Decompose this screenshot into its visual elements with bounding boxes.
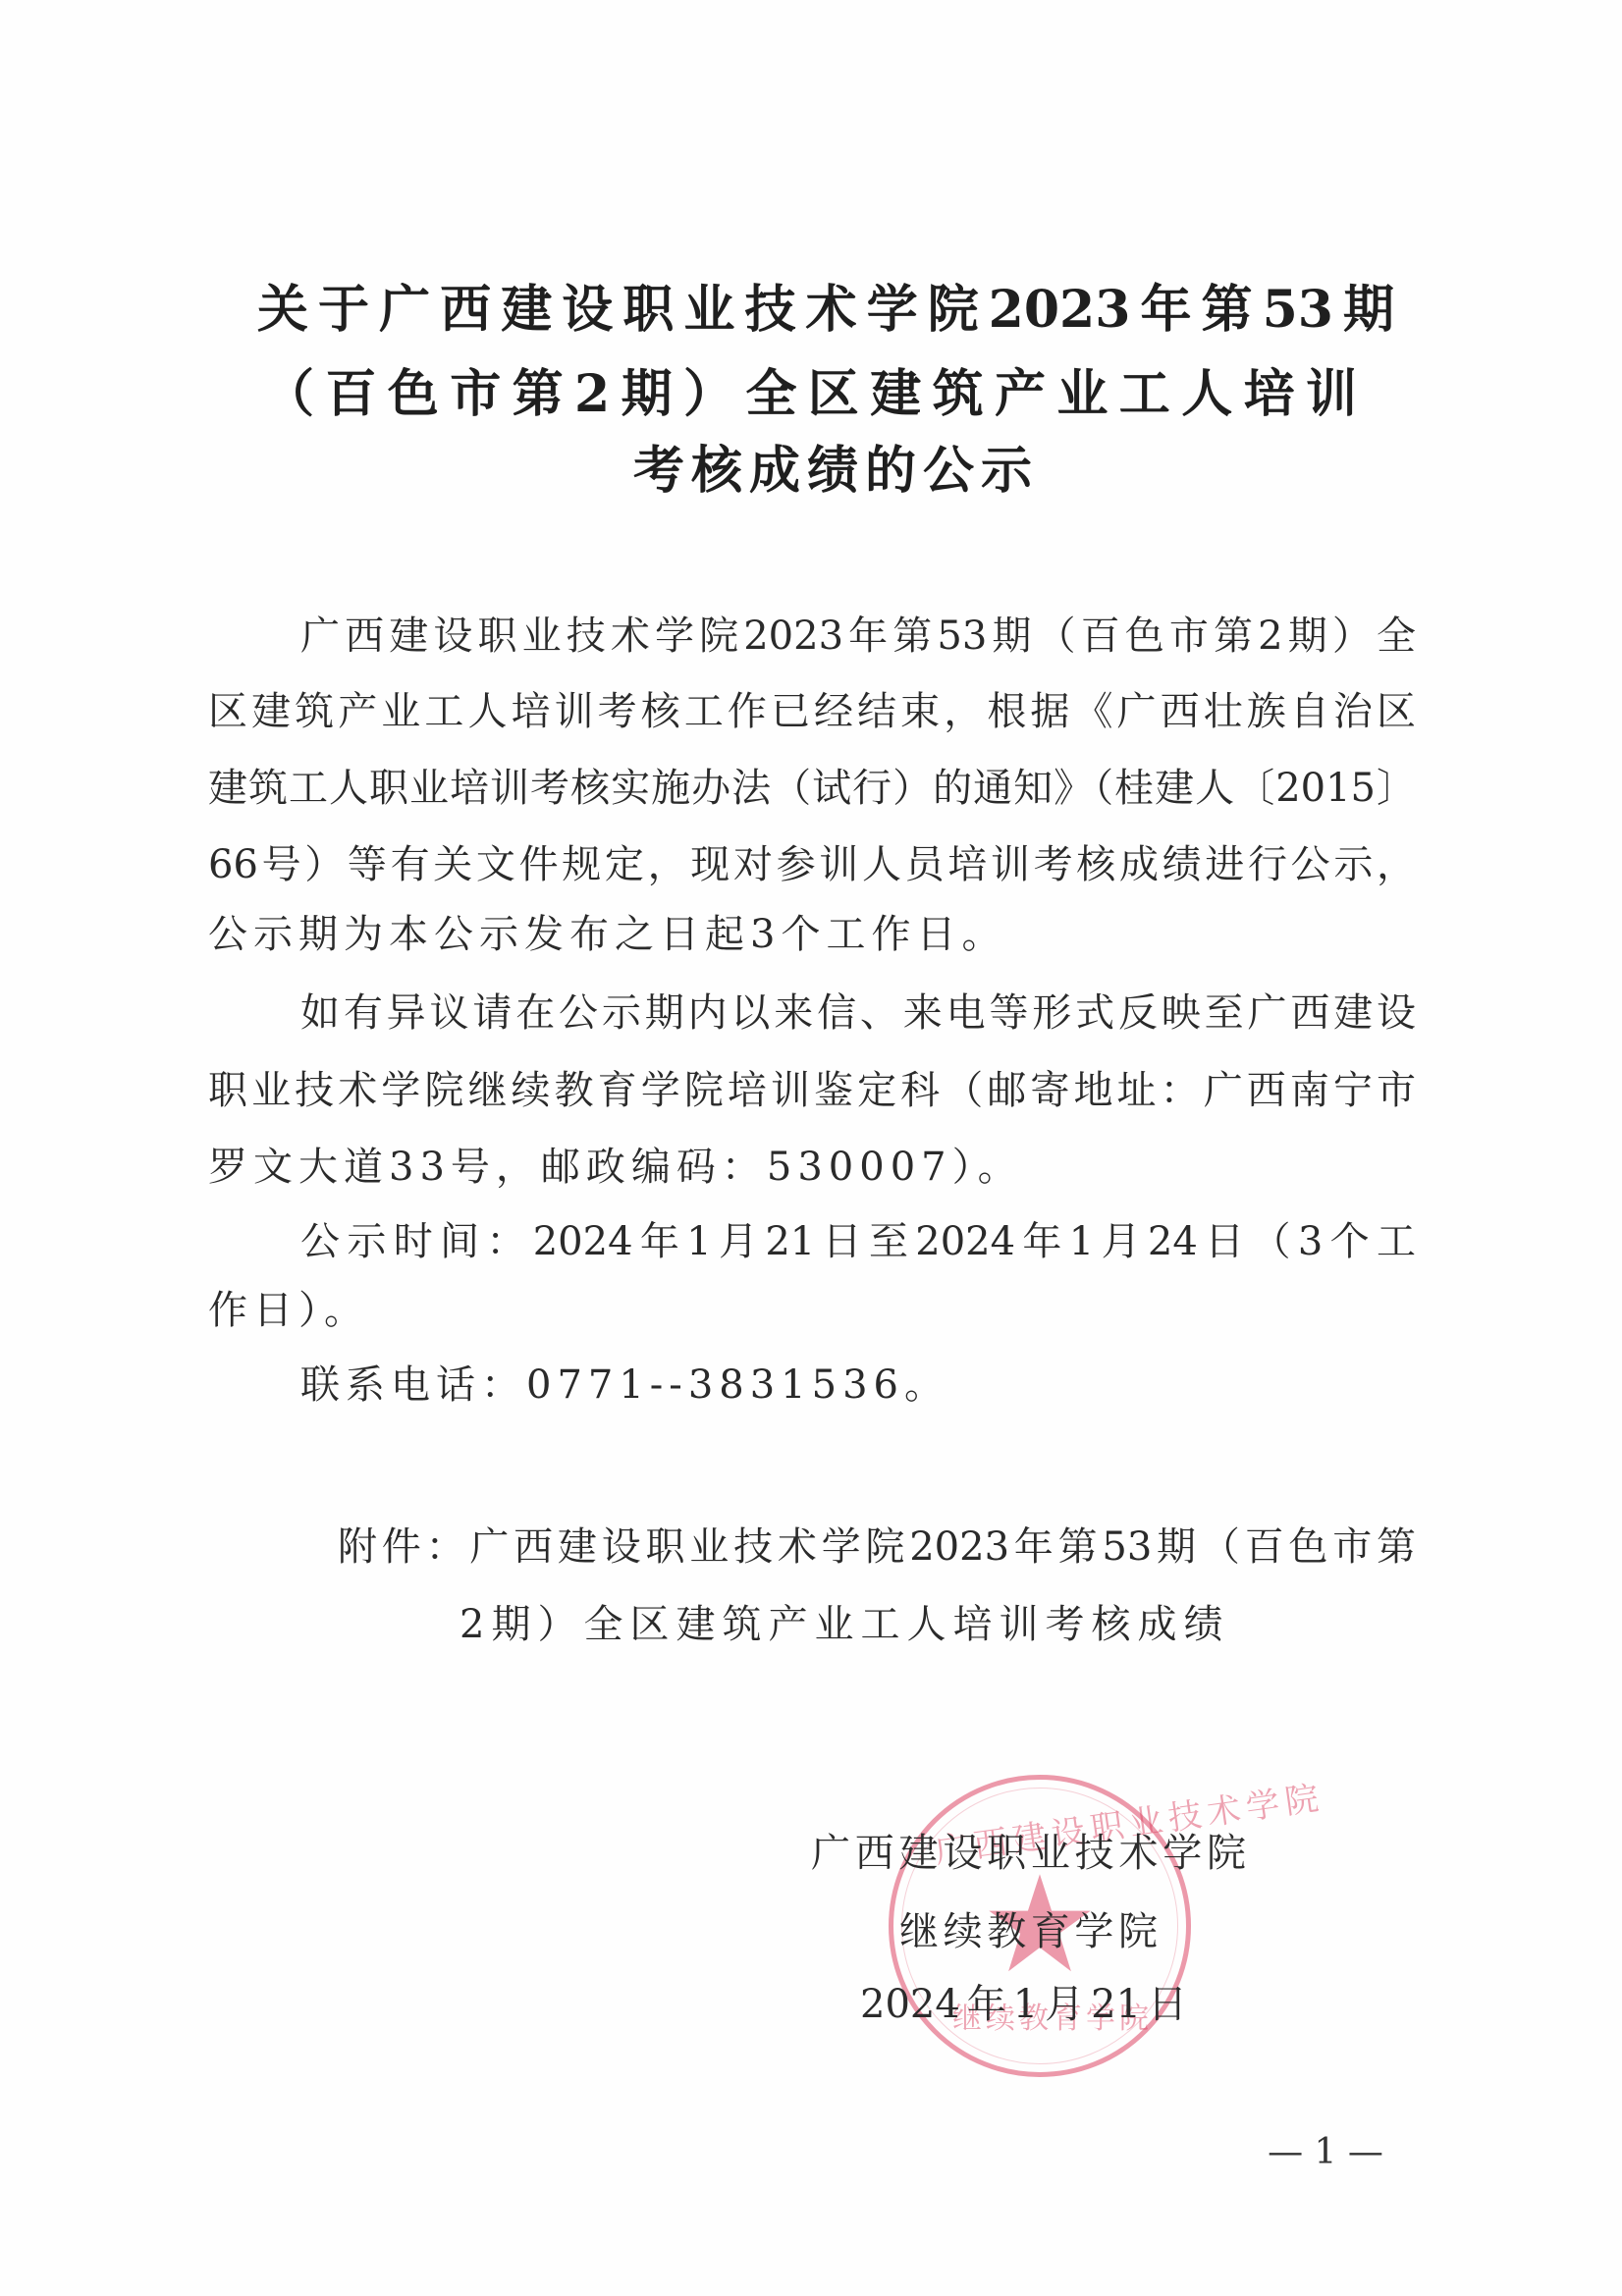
signature-organization: 广西建设职业技术学院 <box>811 1834 1246 1873</box>
title-line-1: 关于广西建设职业技术学院2023年第53期 <box>257 285 1394 336</box>
signature-date: 2024年1月21日 <box>860 1985 1187 2024</box>
notice-period-line-2: 作日）。 <box>208 1291 1416 1330</box>
body-paragraph-2-line-3: 罗文大道33号，邮政编码：530007）。 <box>208 1148 1416 1187</box>
body-paragraph-1-line-3: 建筑工人职业培训考核实施办法（试行）的通知》（桂建人〔2015〕 <box>208 769 1416 808</box>
notice-period-line-1: 公示时间：2024年1月21日至2024年1月24日（3个工 <box>300 1222 1416 1261</box>
body-paragraph-2-line-2: 职业技术学院继续教育学院培训鉴定科（邮寄地址：广西南宁市 <box>208 1071 1416 1110</box>
title-line-2: （百色市第2期）全区建筑产业工人培训 <box>263 369 1357 420</box>
attachment-line-1: 附件：广西建设职业技术学院2023年第53期（百色市第 <box>338 1527 1416 1567</box>
signature-department: 继续教育学院 <box>899 1912 1158 1951</box>
body-paragraph-1-line-4: 66号）等有关文件规定，现对参训人员培训考核成绩进行公示， <box>208 845 1416 884</box>
body-paragraph-1-line-1: 广西建设职业技术学院2023年第53期（百色市第2期）全 <box>300 616 1416 656</box>
title-line-3: 考核成绩的公示 <box>633 446 1032 497</box>
body-paragraph-1-line-5: 公示期为本公示发布之日起3个工作日。 <box>208 915 1416 954</box>
body-paragraph-1-line-2: 区建筑产业工人培训考核工作已经结束，根据《广西壮族自治区 <box>208 692 1416 731</box>
document-page: 关于广西建设职业技术学院2023年第53期 （百色市第2期）全区建筑产业工人培训… <box>0 0 1622 2296</box>
contact-phone: 联系电话：0771--3831536。 <box>300 1365 1416 1405</box>
page-number: — 1 — <box>1257 2135 1394 2170</box>
body-paragraph-2-line-1: 如有异议请在公示期内以来信、来电等形式反映至广西建设 <box>300 993 1416 1033</box>
attachment-line-2: 2期）全区建筑产业工人培训考核成绩 <box>460 1605 1416 1644</box>
